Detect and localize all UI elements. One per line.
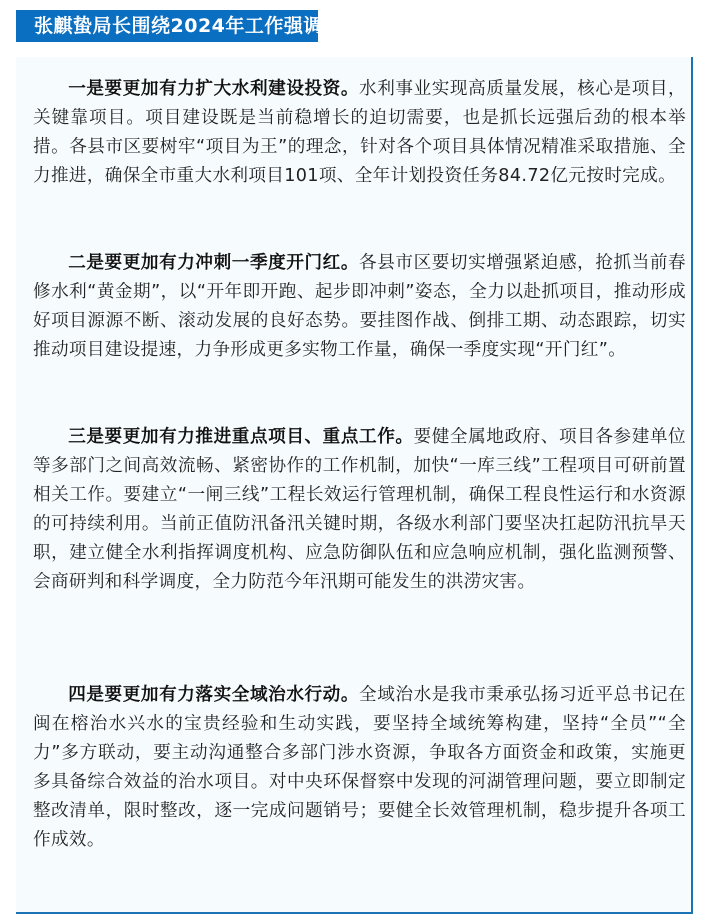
- paragraph-3: 三是要更加有力推进重点项目、重点工作。要健全属地政府、项目各参建单位等多部门之间…: [33, 423, 686, 597]
- paragraph-1-lead: 一是要更加有力扩大水利建设投资。: [68, 79, 359, 99]
- paragraph-1: 一是要更加有力扩大水利建设投资。水利事业实现高质量发展，核心是项目，关键靠项目。…: [33, 75, 686, 191]
- article-content-box: 一是要更加有力扩大水利建设投资。水利事业实现高质量发展，核心是项目，关键靠项目。…: [16, 57, 693, 914]
- paragraph-2: 二是要更加有力冲刺一季度开门红。各县市区要切实增强紧迫感，抢抓当前春修水利“黄金…: [33, 249, 686, 365]
- paragraph-4: 四是要更加有力落实全域治水行动。全域治水是我市秉承弘扬习近平总书记在闽在榕治水兴…: [33, 681, 686, 855]
- paragraph-3-lead: 三是要更加有力推进重点项目、重点工作。: [68, 427, 413, 447]
- section-title-banner: 张麒蛰局长围绕2024年工作强调: [16, 10, 318, 42]
- paragraph-3-body: 要健全属地政府、项目各参建单位等多部门之间高效流畅、紧密协作的工作机制，加快“一…: [33, 427, 686, 592]
- paragraph-2-lead: 二是要更加有力冲刺一季度开门红。: [68, 253, 359, 273]
- section-title: 张麒蛰局长围绕2024年工作强调: [34, 15, 323, 37]
- paragraph-4-body: 全域治水是我市秉承弘扬习近平总书记在闽在榕治水兴水的宝贵经验和生动实践，要坚持全…: [33, 685, 686, 850]
- paragraph-4-lead: 四是要更加有力落实全域治水行动。: [68, 685, 359, 705]
